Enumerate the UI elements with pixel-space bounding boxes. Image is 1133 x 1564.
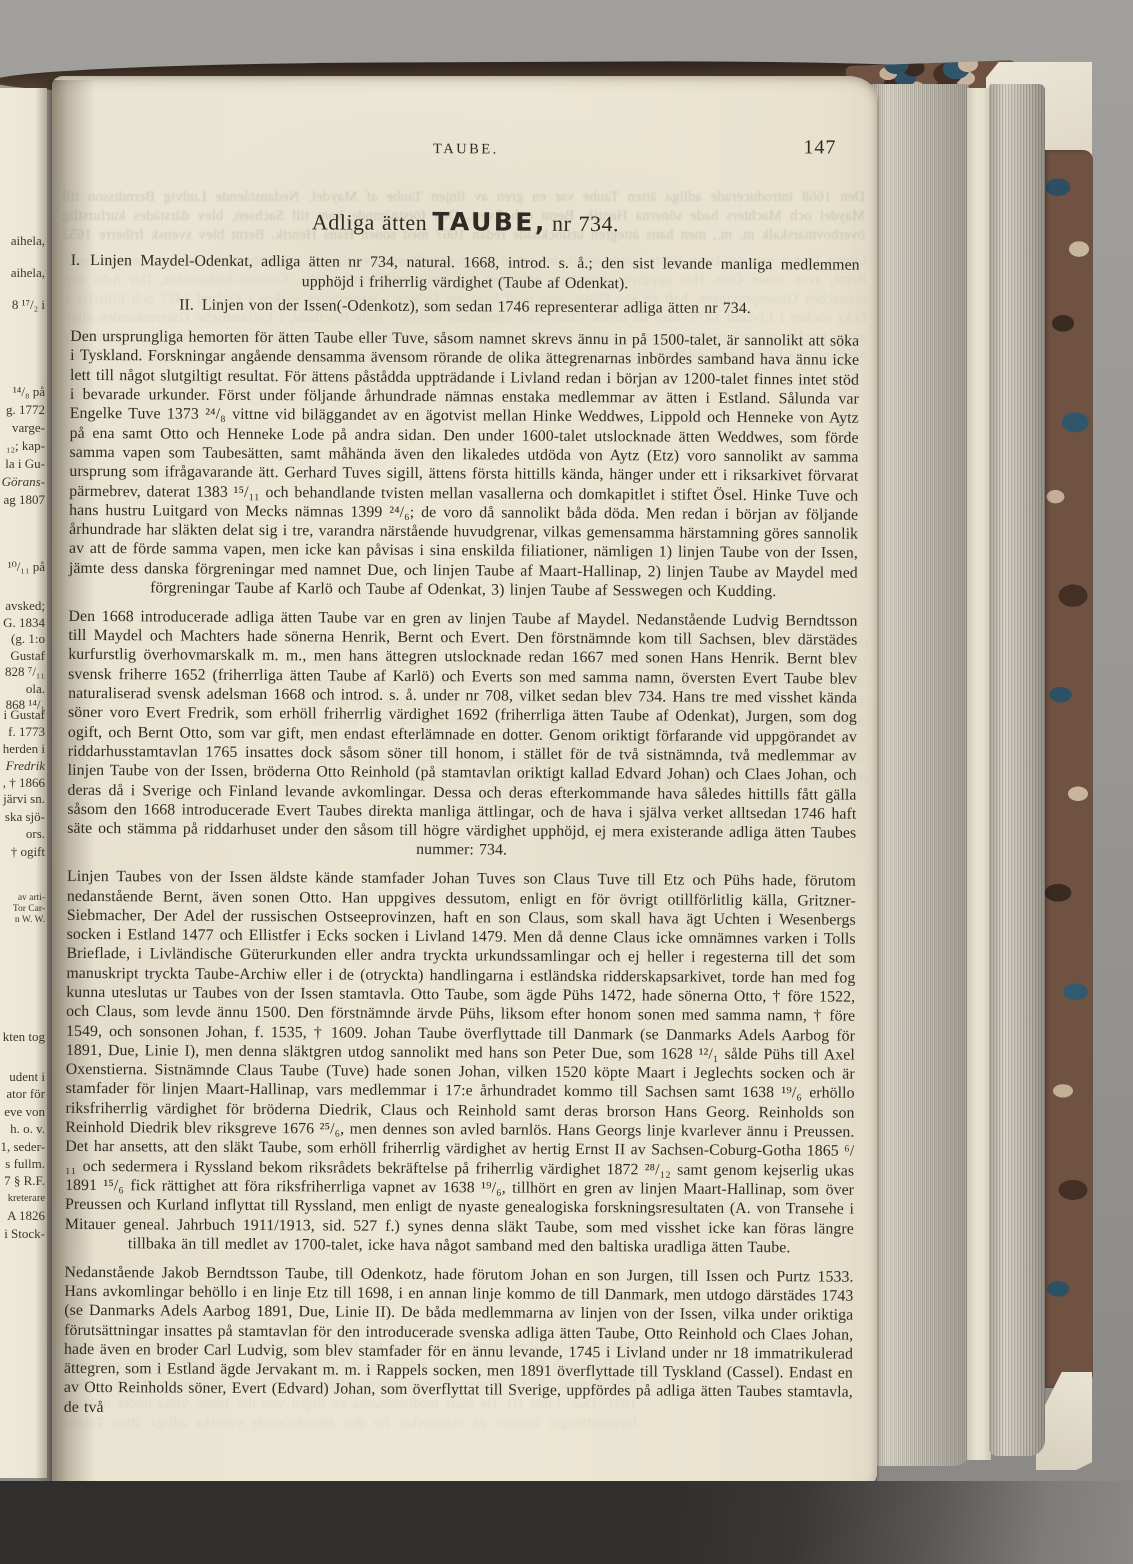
left-page-text-fragments: udent i ator för eve von h. o. v. 1, sed… bbox=[0, 1068, 48, 1242]
left-page-fragment: Tor Car- bbox=[0, 904, 45, 915]
left-page-fragment: 8 ¹⁷/₂ i bbox=[0, 289, 45, 321]
left-page-fragment: herden i bbox=[0, 740, 45, 757]
left-page-fragment: aihela, bbox=[0, 225, 45, 257]
left-page-fragment: la i Gu- bbox=[0, 455, 45, 473]
marbled-cover-edge bbox=[1043, 150, 1093, 1388]
left-page-fragment: kten tog bbox=[0, 1028, 45, 1045]
right-page: Den 1668 introducerade adliga ätten Taub… bbox=[52, 76, 877, 1489]
left-page-fragment: ₁₂; kap- bbox=[0, 437, 45, 455]
intro-line-1: I.Linjen Maydel-Odenkat, adliga ätten nr… bbox=[71, 251, 860, 294]
left-page-text-fragments: kten tog bbox=[0, 1028, 48, 1045]
left-page-fragment: aihela, bbox=[0, 257, 45, 289]
left-page-fragment: ¹⁰/₁₁ på bbox=[0, 558, 45, 576]
left-page-fragment: eve von bbox=[0, 1103, 45, 1120]
left-page-fragment: Görans- bbox=[0, 473, 45, 491]
left-page-fragment: ska sjö- bbox=[0, 808, 45, 826]
left-page-fragment: varge- bbox=[0, 419, 45, 437]
left-page-text-fragments: i Gustaf f. 1773 herden i Fredrik , † 18… bbox=[0, 706, 48, 791]
left-page-text-fragments: av arti- Tor Car- n W. W. bbox=[0, 893, 48, 926]
left-page-fragment: h. o. v. bbox=[0, 1120, 45, 1137]
left-page-text-fragments: järvi sn. ska sjö- ors. † ogift bbox=[0, 790, 48, 860]
body-paragraph: Linjen Taubes von der Issen äldste kände… bbox=[65, 867, 856, 1258]
left-page-fragment: † ogift bbox=[0, 843, 45, 861]
left-page-fragment: udent i bbox=[0, 1068, 45, 1085]
left-page-fragment: ator för bbox=[0, 1085, 45, 1102]
left-page-fragment: , † 1866 bbox=[0, 774, 45, 791]
left-page-fragment: ors. bbox=[0, 825, 45, 843]
body-paragraph: Den ursprungliga hemorten för ätten Taub… bbox=[69, 327, 860, 602]
left-page-fragment: Fredrik bbox=[0, 757, 45, 774]
left-page-fragment: 7 § R.F. bbox=[0, 1172, 45, 1189]
body-paragraph: Den 1668 introducerade adliga ätten Taub… bbox=[67, 607, 858, 863]
fore-edge-page-stack-inner bbox=[989, 84, 1045, 1456]
body-paragraph: Nedanstående Jakob Berndtsson Taube, til… bbox=[64, 1262, 854, 1421]
left-page-fragment: g. 1772 bbox=[0, 401, 45, 419]
left-page-fragment: avsked; bbox=[0, 598, 45, 615]
roman-numeral: I. bbox=[71, 252, 91, 269]
left-page-edge: aihela, aihela, 8 ¹⁷/₂ i ¹⁴/₈ på g. 1772… bbox=[0, 88, 47, 1478]
left-page-text-fragments: aihela, aihela, 8 ¹⁷/₂ i bbox=[0, 225, 48, 321]
left-page-fragment: ola. bbox=[0, 681, 45, 698]
article-title: Adliga ätten TAUBE, nr 734. bbox=[71, 210, 860, 238]
left-page-fragment: (g. 1:o bbox=[0, 631, 45, 648]
left-page-text-fragments: ¹⁰/₁₁ på bbox=[0, 558, 48, 576]
article-title-name: TAUBE, bbox=[432, 207, 547, 237]
running-header: TAUBE. 147 bbox=[71, 138, 860, 163]
intro-line-2: II.Linjen von der Issen(-Odenkotz), som … bbox=[70, 295, 859, 319]
roman-numeral: II. bbox=[179, 296, 202, 313]
cast-shadow bbox=[0, 1481, 1133, 1564]
left-page-fragment: A 1826 bbox=[0, 1207, 45, 1224]
left-page-fragment: i Gustaf bbox=[0, 706, 45, 723]
fore-edge-page-stack-outer bbox=[869, 84, 969, 1466]
left-page-fragment: i Stock- bbox=[0, 1225, 45, 1242]
running-header-title: TAUBE. bbox=[71, 138, 860, 162]
article-title-number: nr 734. bbox=[552, 211, 619, 236]
left-page-fragment: f. 1773 bbox=[0, 723, 45, 740]
left-page-fragment: s fullm. bbox=[0, 1155, 45, 1172]
left-page-fragment: ag 1807 bbox=[0, 491, 45, 509]
article-title-prefix: Adliga ätten bbox=[312, 209, 427, 235]
book-scan: aihela, aihela, 8 ¹⁷/₂ i ¹⁴/₈ på g. 1772… bbox=[0, 0, 1133, 1564]
left-page-fragment: ¹⁴/₈ på bbox=[0, 383, 45, 401]
left-page-text-fragments: ¹⁴/₈ på g. 1772 varge- ₁₂; kap- la i Gu-… bbox=[0, 383, 48, 509]
left-page-fragment: 828 ⁷/₁₁ bbox=[0, 664, 45, 681]
left-page-fragment: Gustaf bbox=[0, 648, 45, 665]
left-page-fragment: kreterare bbox=[0, 1190, 45, 1207]
left-page-fragment: järvi sn. bbox=[0, 790, 45, 808]
left-page-fragment: av arti- bbox=[0, 893, 45, 904]
left-page-fragment: 1, seder- bbox=[0, 1138, 45, 1155]
left-page-fragment: G. 1834 bbox=[0, 615, 45, 632]
intro-text: Linjen Maydel-Odenkat, adliga ätten nr 7… bbox=[90, 252, 860, 292]
page-content: TAUBE. 147 Adliga ätten TAUBE, nr 734. I… bbox=[52, 138, 877, 1422]
intro-text: Linjen von der Issen(-Odenkotz), som sed… bbox=[202, 297, 751, 317]
left-page-fragment: n W. W. bbox=[0, 915, 45, 926]
left-page-text-fragments: avsked; G. 1834 (g. 1:o Gustaf 828 ⁷/₁₁ … bbox=[0, 598, 48, 714]
page-number: 147 bbox=[803, 138, 836, 157]
fore-edge-gap bbox=[967, 88, 991, 1460]
